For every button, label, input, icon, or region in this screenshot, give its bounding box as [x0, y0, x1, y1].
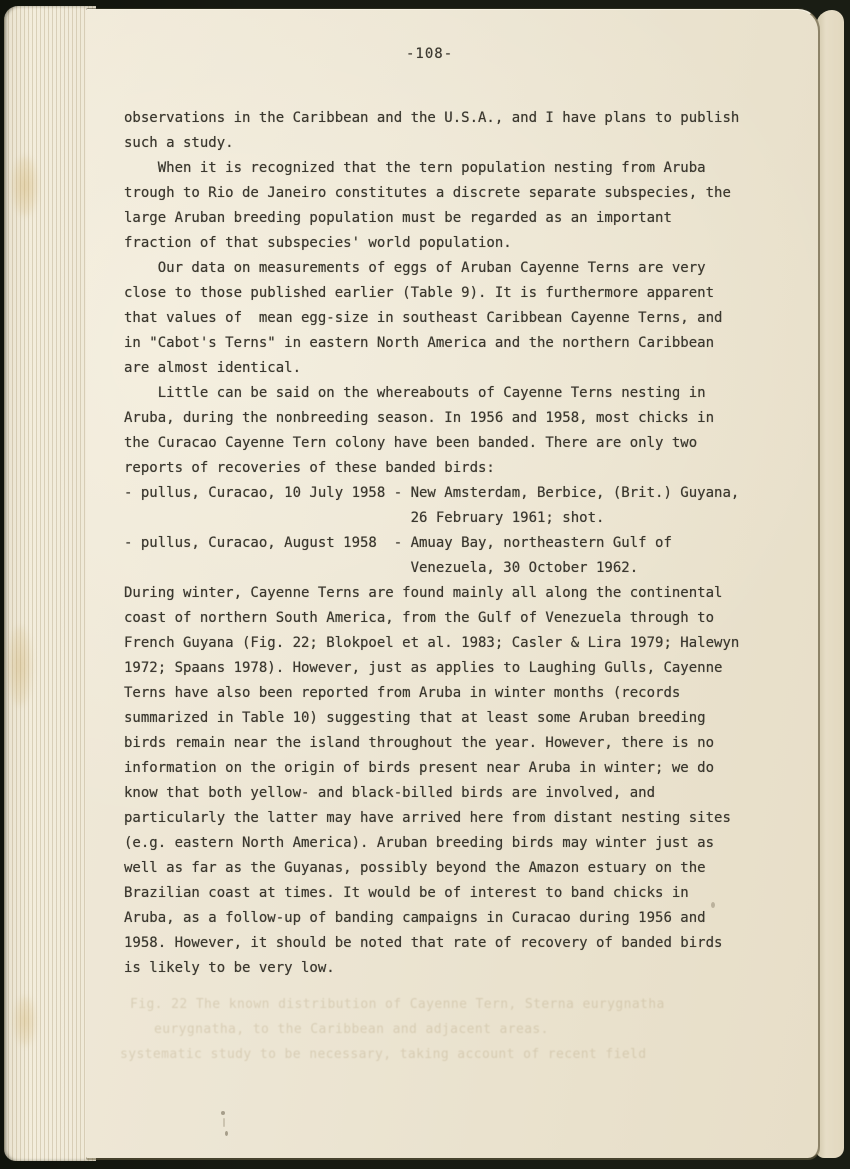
ink-smudge — [221, 1111, 225, 1115]
text-line: such a study. — [124, 131, 764, 156]
text-line: in "Cabot's Terns" in eastern North Amer… — [124, 331, 764, 356]
text-line: the Curacao Cayenne Tern colony have bee… — [124, 431, 764, 456]
text-line: well as far as the Guyanas, possibly bey… — [124, 856, 764, 881]
text-line: Terns have also been reported from Aruba… — [124, 681, 764, 706]
text-line: 26 February 1961; shot. — [124, 506, 764, 531]
text-line: reports of recoveries of these banded bi… — [124, 456, 764, 481]
typewritten-text: observations in the Caribbean and the U.… — [124, 106, 764, 981]
text-line: large Aruban breeding population must be… — [124, 206, 764, 231]
ghost-line: systematic study to be necessary, taking… — [120, 1042, 760, 1067]
paper-stain — [8, 626, 32, 706]
text-line: French Guyana (Fig. 22; Blokpoel et al. … — [124, 631, 764, 656]
text-line: information on the origin of birds prese… — [124, 756, 764, 781]
text-line: When it is recognized that the tern popu… — [124, 156, 764, 181]
page-number: -108- — [406, 46, 453, 62]
text-line: Little can be said on the whereabouts of… — [124, 381, 764, 406]
text-line: particularly the latter may have arrived… — [124, 806, 764, 831]
ink-smudge — [711, 902, 715, 908]
text-line: trough to Rio de Janeiro constitutes a d… — [124, 181, 764, 206]
text-line: coast of northern South America, from th… — [124, 606, 764, 631]
text-line: Aruba, as a follow-up of banding campaig… — [124, 906, 764, 931]
paper-stain — [12, 156, 38, 216]
text-line: birds remain near the island throughout … — [124, 731, 764, 756]
text-line: close to those published earlier (Table … — [124, 281, 764, 306]
underlying-page-edge — [816, 10, 844, 1158]
showthrough-text: Fig. 22 The known distribution of Cayenn… — [120, 992, 760, 1067]
text-line: observations in the Caribbean and the U.… — [124, 106, 764, 131]
text-line: fraction of that subspecies' world popul… — [124, 231, 764, 256]
ink-smudge — [223, 1118, 225, 1127]
paper-stain — [14, 996, 36, 1046]
text-line: are almost identical. — [124, 356, 764, 381]
text-line: - pullus, Curacao, August 1958 - Amuay B… — [124, 531, 764, 556]
text-line: Brazilian coast at times. It would be of… — [124, 881, 764, 906]
text-line: Aruba, during the nonbreeding season. In… — [124, 406, 764, 431]
text-line: 1958. However, it should be noted that r… — [124, 931, 764, 956]
text-line: During winter, Cayenne Terns are found m… — [124, 581, 764, 606]
text-line: that values of mean egg-size in southeas… — [124, 306, 764, 331]
text-line: Our data on measurements of eggs of Arub… — [124, 256, 764, 281]
text-line: summarized in Table 10) suggesting that … — [124, 706, 764, 731]
ghost-line: Fig. 22 The known distribution of Cayenn… — [130, 992, 760, 1017]
text-line: Venezuela, 30 October 1962. — [124, 556, 764, 581]
ghost-line: eurygnatha, to the Caribbean and adjacen… — [154, 1017, 760, 1042]
text-line: 1972; Spaans 1978). However, just as app… — [124, 656, 764, 681]
text-line: know that both yellow- and black-billed … — [124, 781, 764, 806]
ink-smudge — [225, 1131, 228, 1136]
page-stack-edges — [4, 6, 96, 1161]
text-line: is likely to be very low. — [124, 956, 764, 981]
text-line: (e.g. eastern North America). Aruban bre… — [124, 831, 764, 856]
book-scan-background: -108- observations in the Caribbean and … — [0, 0, 850, 1169]
text-line: - pullus, Curacao, 10 July 1958 - New Am… — [124, 481, 764, 506]
